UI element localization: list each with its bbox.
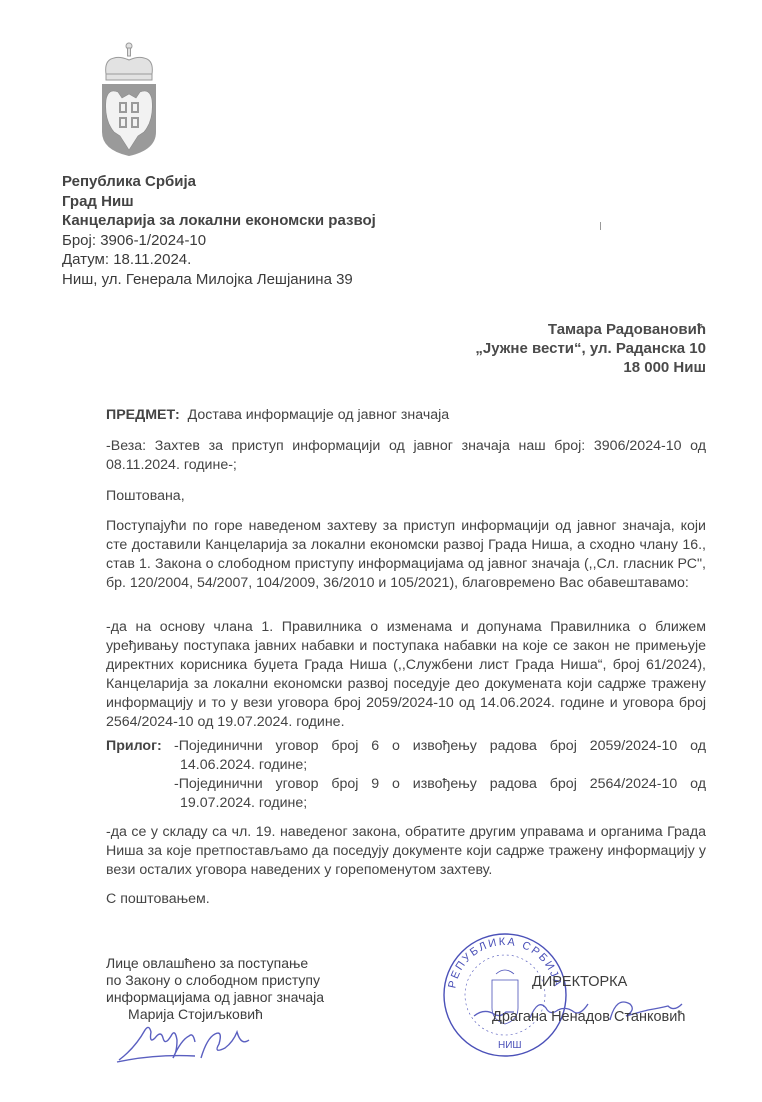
header-address: Ниш, ул. Генерала Милојка Лешјанина 39 (62, 270, 376, 290)
attachment-item-line2: 14.06.2024. године; (174, 756, 706, 775)
reference-text: -Веза: Захтев за приступ информацији од … (106, 437, 706, 475)
salutation: Поштована, (106, 487, 706, 506)
recipient-org-address: „Јужне вести“, ул. Раданска 10 (475, 339, 706, 358)
paragraph-2-text: -да на основу члана 1. Правилника о изме… (106, 618, 706, 732)
attachments-label: Прилог: (106, 737, 162, 756)
coat-of-arms-icon (98, 40, 160, 158)
attachment-item-line1: -Појединични уговор број 6 о извођењу ра… (174, 737, 706, 756)
reference-line: -Веза: Захтев за приступ информацији од … (106, 437, 706, 475)
signature-left-line2: по Закону о слободном приступу (106, 972, 324, 989)
header-office: Канцеларија за локални економски развој (62, 211, 376, 231)
signature-right-name: Драгана Ненадов Станковић (492, 1009, 685, 1025)
attachment-item-line1: -Појединични уговор број 9 о извођењу ра… (174, 775, 706, 794)
signature-left-line1: Лице овлашћено за поступање (106, 955, 324, 972)
signature-left: Лице овлашћено за поступање по Закону о … (106, 955, 324, 1023)
scan-mark (600, 222, 601, 230)
subject-text: Достава информације од јавног значаја (188, 407, 450, 423)
paragraph-2: -да на основу члана 1. Правилника о изме… (106, 618, 706, 732)
subject-label: ПРЕДМЕТ: (106, 407, 180, 423)
signature-left-line3: информацијама од јавног значаја (106, 989, 324, 1006)
subject-line: ПРЕДМЕТ: Достава информације од јавног з… (106, 406, 706, 425)
header-country: Република Србија (62, 172, 376, 192)
attachment-item: -Појединични уговор број 9 о извођењу ра… (174, 775, 706, 813)
header-city: Град Ниш (62, 192, 376, 212)
attachment-item: -Појединични уговор број 6 о извођењу ра… (174, 737, 706, 775)
svg-text:НИШ: НИШ (498, 1040, 522, 1051)
handwritten-signature-icon (115, 1018, 265, 1068)
closing: С поштовањем. (106, 890, 706, 909)
attachment-item-line2: 19.07.2024. године; (174, 794, 706, 813)
recipient-name: Тамара Радовановић (475, 320, 706, 339)
recipient-block: Тамара Радовановић „Јужне вести“, ул. Ра… (475, 320, 706, 377)
paragraph-1: Поступајући по горе наведеном захтеву за… (106, 517, 706, 593)
header-number: Број: 3906-1/2024-10 (62, 231, 376, 251)
document-header: Република Србија Град Ниш Канцеларија за… (62, 172, 376, 289)
recipient-city: 18 000 Ниш (475, 358, 706, 377)
signature-right-title: ДИРЕКТОРКА (532, 974, 627, 990)
paragraph-3: -да се у складу са чл. 19. наведеног зак… (106, 823, 706, 880)
paragraph-3-text: -да се у складу са чл. 19. наведеног зак… (106, 823, 706, 880)
paragraph-1-text: Поступајући по горе наведеном захтеву за… (106, 517, 706, 593)
header-date: Датум: 18.11.2024. (62, 250, 376, 270)
